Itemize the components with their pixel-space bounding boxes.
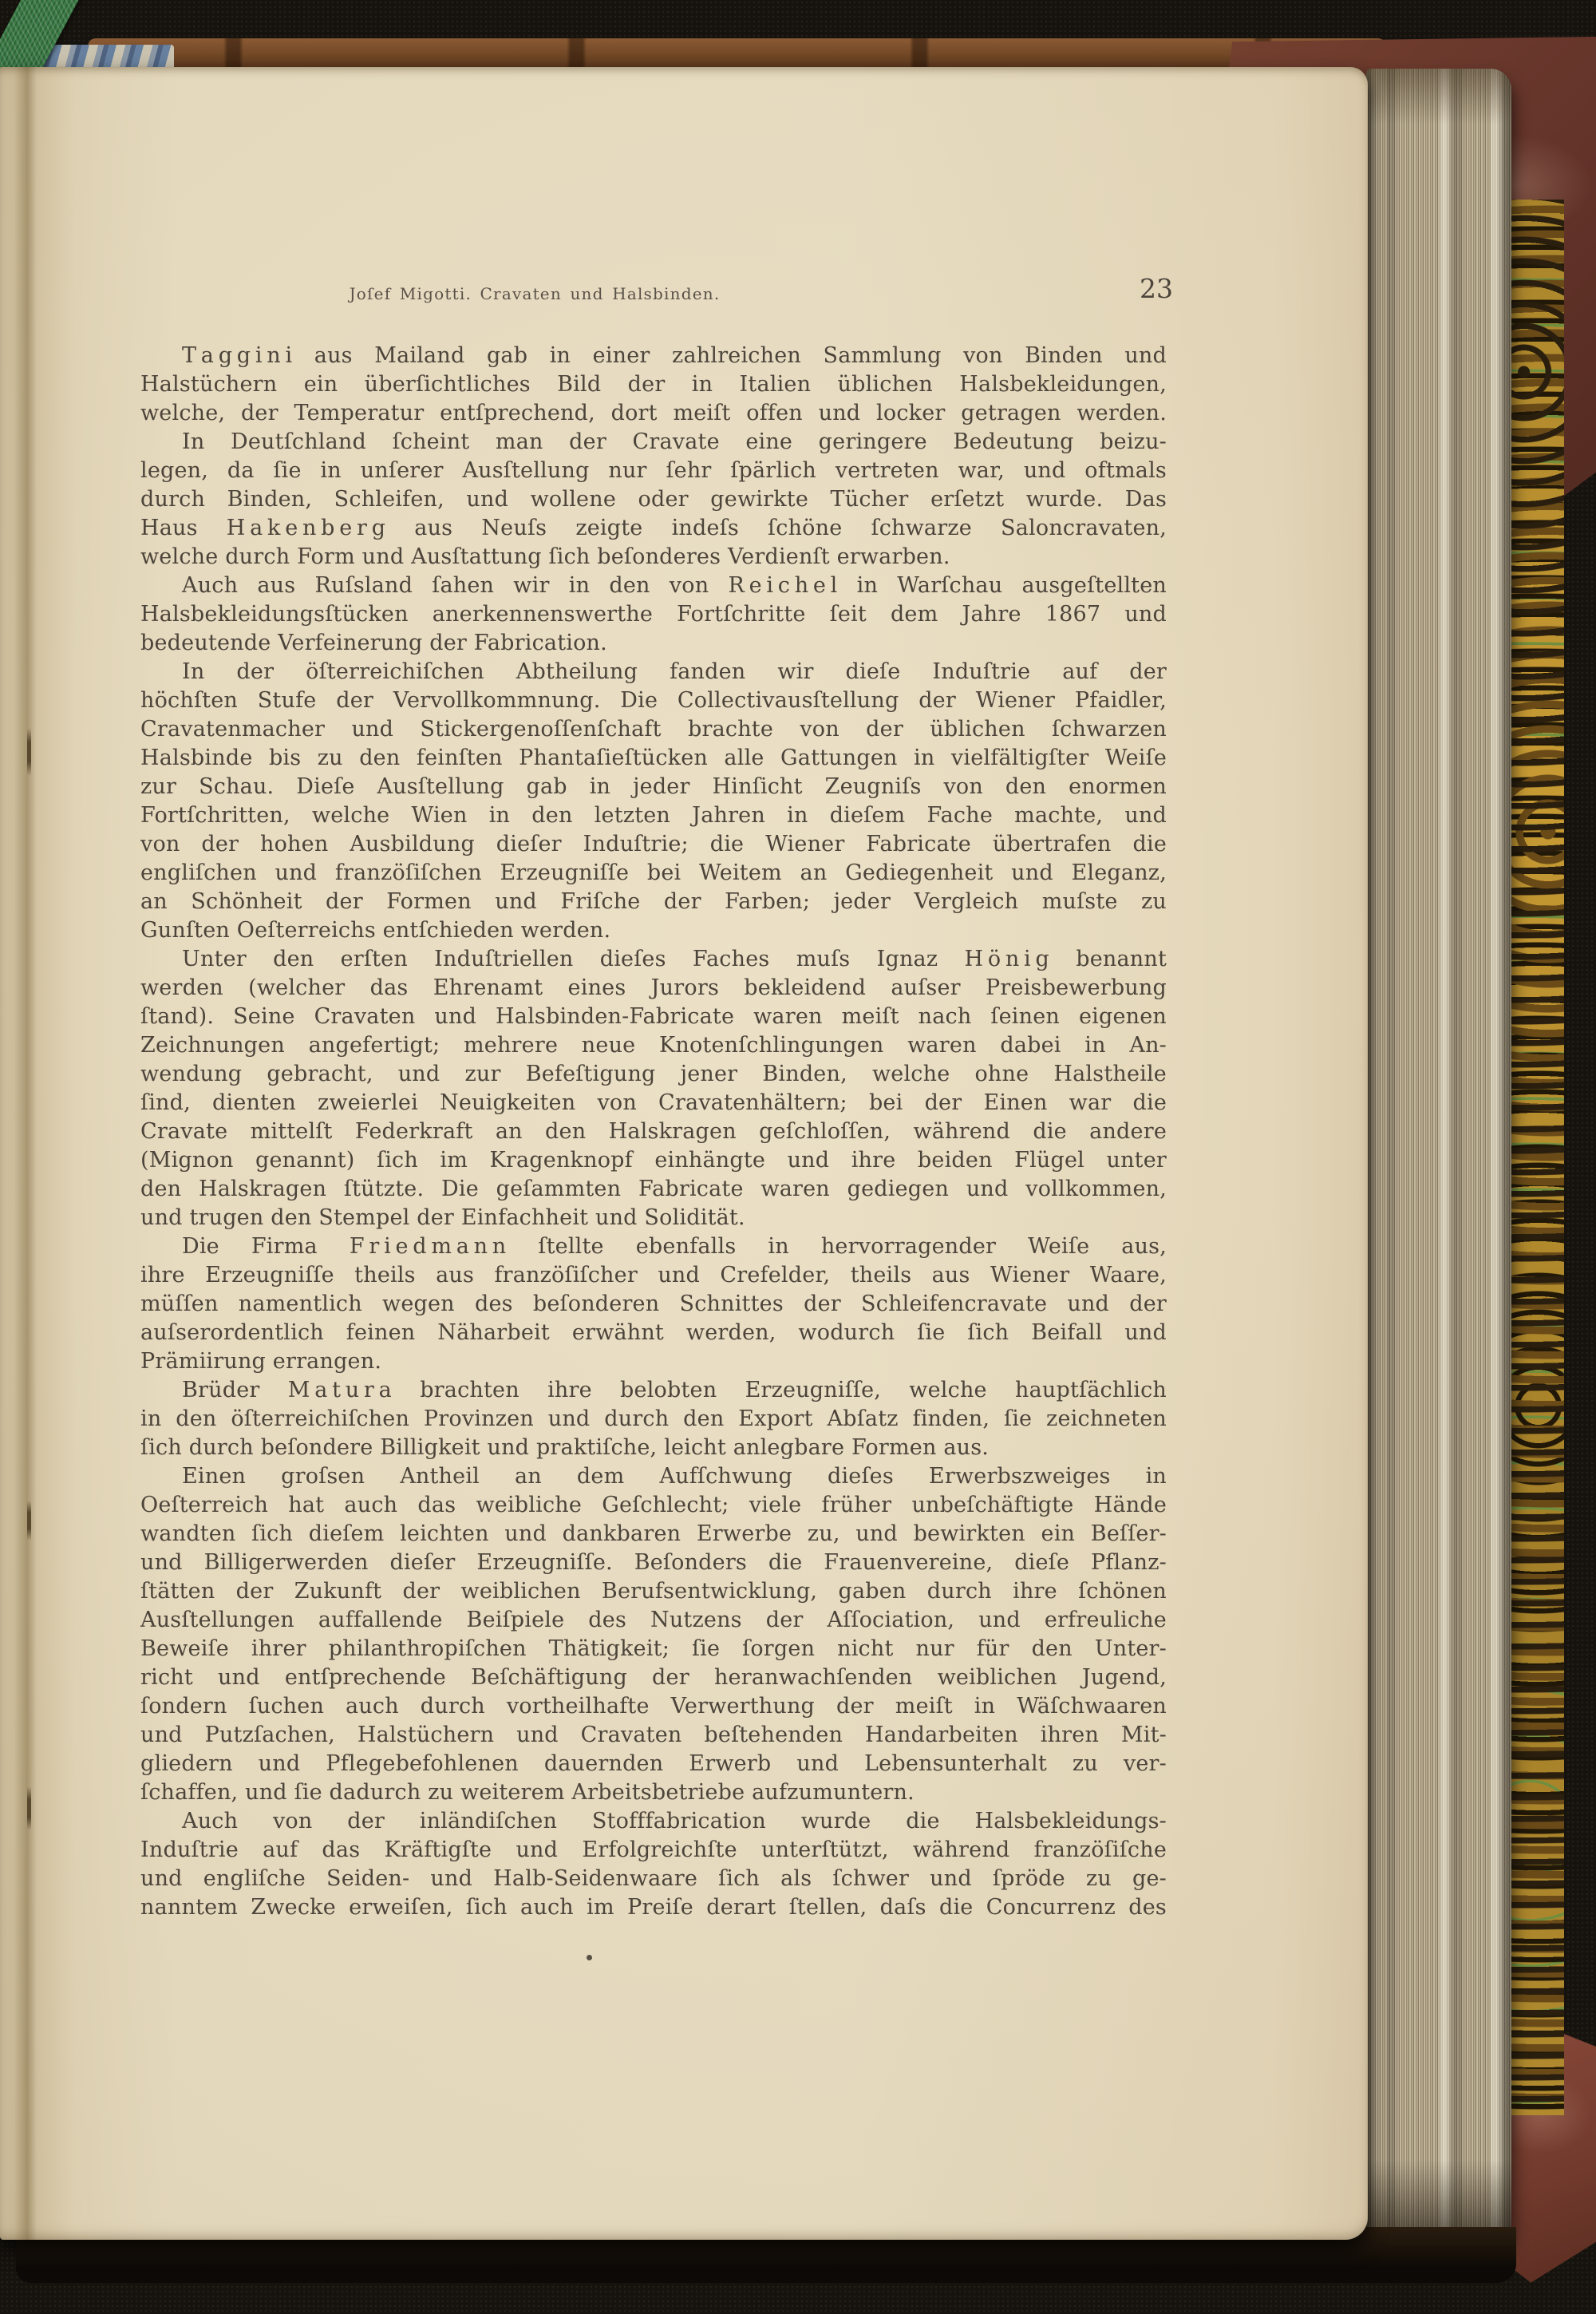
fore-edge-pages — [1366, 69, 1511, 2246]
text-block: T a g g i n i aus Mailand gab in einer z… — [140, 342, 1167, 1922]
text-line: ſtand). Seine Cravaten und Halsbinden-Fa… — [140, 1003, 1167, 1031]
text-line: höchſten Stufe der Vervollkommnung. Die … — [140, 686, 1167, 715]
text-line: welche, der Temperatur entſprechend, dor… — [140, 399, 1167, 428]
text-line: wendung gebracht, und zur Befeſtigung je… — [140, 1060, 1167, 1089]
text-line: Auch von der inländiſchen Stofffabricati… — [140, 1807, 1167, 1836]
text-line: Ausſtellungen auffallende Beiſpiele des … — [140, 1606, 1167, 1635]
text-line: Beweiſe ihrer philanthropiſchen Thätigke… — [140, 1635, 1167, 1663]
text-line: den Halskragen ſtützte. Die geſammten Fa… — [140, 1175, 1167, 1204]
text-line: durch Binden, Schleifen, und wollene ode… — [140, 485, 1167, 514]
text-line: Cravate mittelſt Federkraft an den Halsk… — [140, 1117, 1167, 1146]
text-line: Halsbekleidungsſtücken anerkennenswerthe… — [140, 600, 1167, 629]
stitch-mark — [27, 1501, 31, 1541]
stitch-mark — [27, 1786, 31, 1830]
text-line: Fortſchritten, welche Wien in den letzte… — [140, 801, 1167, 830]
text-line: und Putzſachen, Halstüchern und Cravaten… — [140, 1721, 1167, 1750]
scan-background: { "colors": { "paper_cream": "#eadfc3", … — [0, 0, 1596, 2314]
text-line: Die Firma F r i e d m a n n ſtellte eben… — [140, 1232, 1167, 1261]
paragraph: Einen groſsen Antheil an dem Aufſchwung … — [140, 1462, 1167, 1807]
text-line: auſserordentlich feinen Näharbeit erwähn… — [140, 1319, 1167, 1347]
ink-speck — [587, 1955, 592, 1960]
paragraph: Auch von der inländiſchen Stofffabricati… — [140, 1807, 1167, 1922]
text-line: Cravatenmacher und Stickergenoſſenſchaft… — [140, 715, 1167, 744]
text-line: ihre Erzeugniſſe theils aus franzöſiſche… — [140, 1261, 1167, 1290]
text-line: ſondern ſuchen auch durch vortheilhafte … — [140, 1692, 1167, 1721]
book-page: Joſef Migotti. Cravaten und Halsbinden. … — [0, 67, 1368, 2240]
text-line: ſchaffen, und ſie dadurch zu weiterem Ar… — [140, 1778, 1167, 1807]
text-line: in den öſterreichiſchen Provinzen und du… — [140, 1405, 1167, 1434]
text-line: In Deutſchland ſcheint man der Cravate e… — [140, 428, 1167, 457]
paragraph: Unter den erſten Induſtriellen dieſes Fa… — [140, 945, 1167, 1232]
text-line: von der hohen Ausbildung dieſer Induſtri… — [140, 830, 1167, 859]
text-line: nanntem Zwecke erweiſen, ſich auch im Pr… — [140, 1893, 1167, 1922]
text-line: werden (welcher das Ehrenamt eines Juror… — [140, 974, 1167, 1003]
paragraph: Die Firma F r i e d m a n n ſtellte eben… — [140, 1232, 1167, 1376]
text-line: T a g g i n i aus Mailand gab in einer z… — [140, 342, 1167, 370]
paragraph: T a g g i n i aus Mailand gab in einer z… — [140, 342, 1167, 428]
text-line: Einen groſsen Antheil an dem Aufſchwung … — [140, 1462, 1167, 1491]
text-line: legen, da ſie in unſerer Ausſtellung nur… — [140, 457, 1167, 485]
text-line: In der öſterreichiſchen Abtheilung fande… — [140, 658, 1167, 686]
text-line: und Billigerwerden dieſer Erzeugniſſe. B… — [140, 1549, 1167, 1577]
text-line: ſich durch beſondere Billigkeit und prak… — [140, 1434, 1167, 1462]
paragraph: Brüder M a t u r a brachten ihre belobte… — [140, 1376, 1167, 1462]
text-line: Auch aus Ruſsland ſahen wir in den von R… — [140, 572, 1167, 600]
text-line: engliſchen und franzöſiſchen Erzeugniſſe… — [140, 859, 1167, 888]
paragraph: In der öſterreichiſchen Abtheilung fande… — [140, 658, 1167, 945]
marbled-paper-edge — [1507, 200, 1564, 2115]
text-line: Zeichnungen angefertigt; mehrere neue Kn… — [140, 1031, 1167, 1060]
text-line: Halstüchern ein überſichtliches Bild der… — [140, 370, 1167, 399]
paragraph: In Deutſchland ſcheint man der Cravate e… — [140, 428, 1167, 572]
text-line: müſſen namentlich wegen des beſonderen S… — [140, 1290, 1167, 1319]
text-line: an Schönheit der Formen und Friſche der … — [140, 888, 1167, 916]
text-line: Haus H a k e n b e r g aus Neuſs zeigte … — [140, 514, 1167, 543]
text-line: Gunſten Oeſterreichs entſchieden werden. — [140, 916, 1167, 945]
text-line: Unter den erſten Induſtriellen dieſes Fa… — [140, 945, 1167, 974]
text-line: welche durch Form und Ausſtattung ſich b… — [140, 543, 1167, 572]
text-line: Brüder M a t u r a brachten ihre belobte… — [140, 1376, 1167, 1405]
running-header: Joſef Migotti. Cravaten und Halsbinden. — [335, 284, 734, 303]
text-line: und trugen den Stempel der Einfachheit u… — [140, 1204, 1167, 1232]
text-line: ſtätten der Zukunft der weiblichen Beruf… — [140, 1577, 1167, 1606]
text-line: Oeſterreich hat auch das weibliche Geſch… — [140, 1491, 1167, 1520]
text-line: ſind, dienten zweierlei Neuigkeiten von … — [140, 1089, 1167, 1117]
text-line: bedeutende Verfeinerung der Fabrication. — [140, 629, 1167, 658]
text-line: zur Schau. Dieſe Ausſtellung gab in jede… — [140, 773, 1167, 801]
text-line: gliedern und Pflegebefohlenen dauernden … — [140, 1750, 1167, 1778]
text-line: Prämiirung errangen. — [140, 1347, 1167, 1376]
stitch-mark — [27, 728, 31, 776]
text-line: (Mignon genannt) ſich im Kragenknopf ein… — [140, 1146, 1167, 1175]
text-line: Halsbinde bis zu den feinſten Phantaſieſ… — [140, 744, 1167, 773]
paragraph: Auch aus Ruſsland ſahen wir in den von R… — [140, 572, 1167, 658]
text-line: richt und entſprechende Beſchäftigung de… — [140, 1663, 1167, 1692]
text-line: und engliſche Seiden- und Halb-Seidenwaa… — [140, 1865, 1167, 1893]
page-number: 23 — [1069, 273, 1173, 304]
text-line: Induſtrie auf das Kräftigſte und Erfolgr… — [140, 1836, 1167, 1865]
text-line: wandten ſich dieſem leichten und dankbar… — [140, 1520, 1167, 1549]
